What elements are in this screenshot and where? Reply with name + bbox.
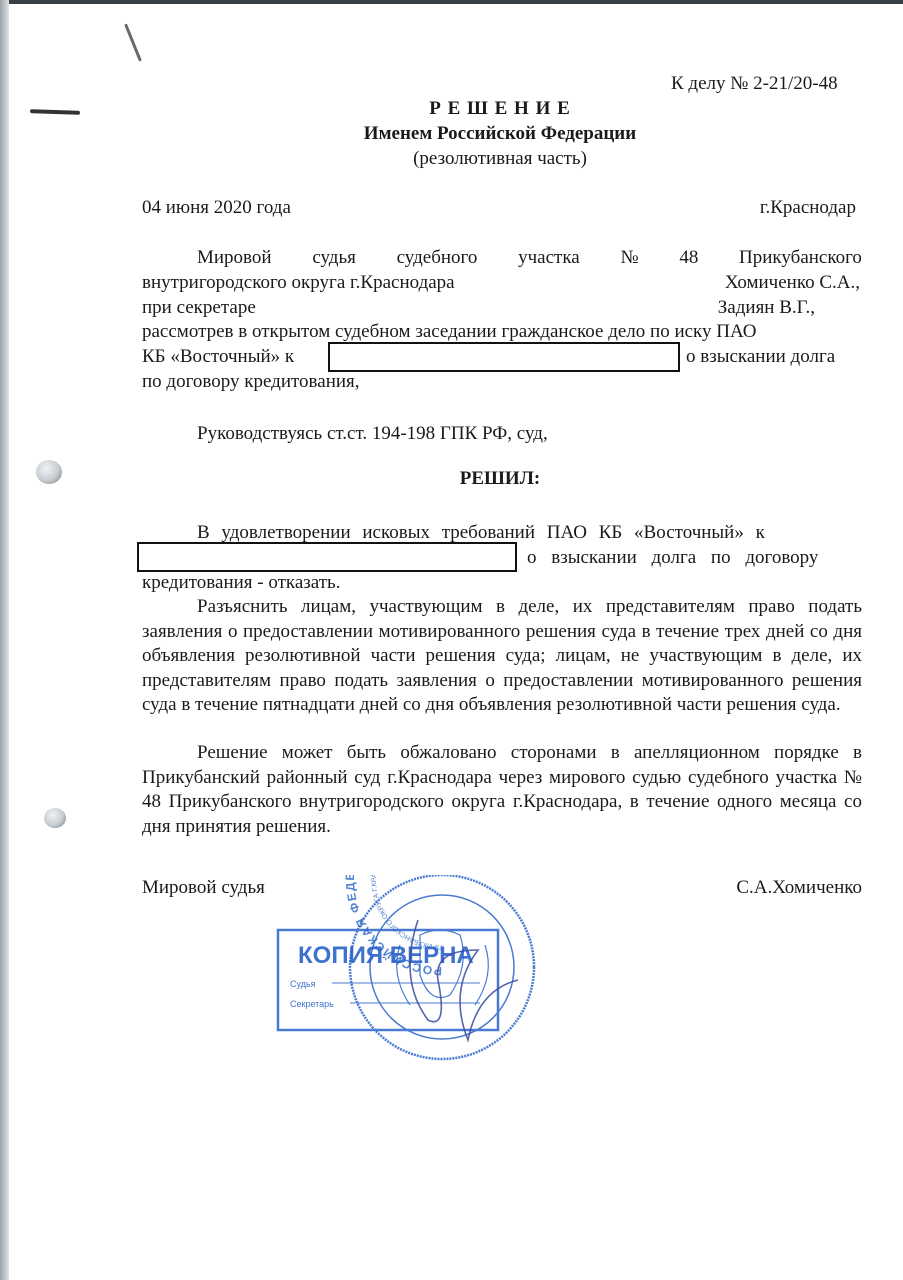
svg-text:Судья: Судья	[290, 979, 316, 989]
scan-top-edge	[0, 0, 903, 4]
court-stamp: КОПИЯ ВЕРНА Судья Секретарь РОССИЙСКАЯ Ф…	[270, 875, 590, 1075]
secretary-name: Задиян В.Г.,	[718, 296, 815, 320]
intro-line-5-left: КБ «Восточный» к	[142, 345, 294, 369]
case-reference: К делу № 2-21/20-48	[671, 72, 838, 96]
document-part: (резолютивная часть)	[0, 148, 903, 170]
svg-text:Секретарь: Секретарь	[290, 999, 334, 1009]
document-title: Р Е Ш Е Н И Е	[0, 98, 903, 120]
redacted-defendant-name	[328, 342, 680, 372]
decided-heading: РЕШИЛ:	[0, 468, 903, 490]
scan-left-edge	[0, 0, 9, 1280]
date-city-row: 04 июня 2020 года г.Краснодар	[142, 196, 862, 220]
intro-line-2: внутригородского округа г.Краснодара Хом…	[142, 271, 862, 295]
intro-line-4: рассмотрев в открытом судебном заседании…	[142, 320, 757, 344]
guided-by-law: Руководствуясь ст.ст. 194-198 ГПК РФ, су…	[197, 422, 548, 446]
signature-role: Мировой судья	[142, 876, 265, 900]
svg-text:ПРИКУБАНСКОГО ОКРУГА Г.КРАСНОД: ПРИКУБАНСКОГО ОКРУГА Г.КРАСНОДАРА * МИРО…	[371, 875, 445, 950]
decision-p3: Решение может быть обжаловано сторонами …	[142, 741, 862, 839]
judge-name: Хомиченко С.А.,	[725, 271, 860, 295]
decision-city: г.Краснодар	[760, 196, 856, 220]
document-subtitle: Именем Российской Федерации	[0, 123, 903, 145]
seal-icon: КОПИЯ ВЕРНА Судья Секретарь РОССИЙСКАЯ Ф…	[270, 875, 590, 1075]
decision-p1-line2: о взыскании долга по договору	[527, 546, 818, 570]
punch-hole	[44, 808, 66, 828]
intro-line-6: по договору кредитования,	[142, 370, 360, 394]
signature-name: С.А.Хомиченко	[736, 876, 862, 900]
decision-date: 04 июня 2020 года	[142, 196, 291, 220]
handwritten-signature	[410, 920, 518, 1040]
decision-p1-line3: кредитования - отказать.	[142, 571, 340, 595]
redacted-defendant-name	[137, 542, 517, 572]
intro-line-3: при секретаре Задиян В.Г.,	[142, 296, 862, 320]
decision-p2: Разъяснить лицам, участвующим в деле, их…	[142, 595, 862, 718]
pen-mark	[124, 23, 142, 61]
intro-line-1: Мировой судья судебного участка № 48 При…	[142, 246, 862, 270]
intro-line-5-right: о взыскании долга	[686, 345, 835, 369]
